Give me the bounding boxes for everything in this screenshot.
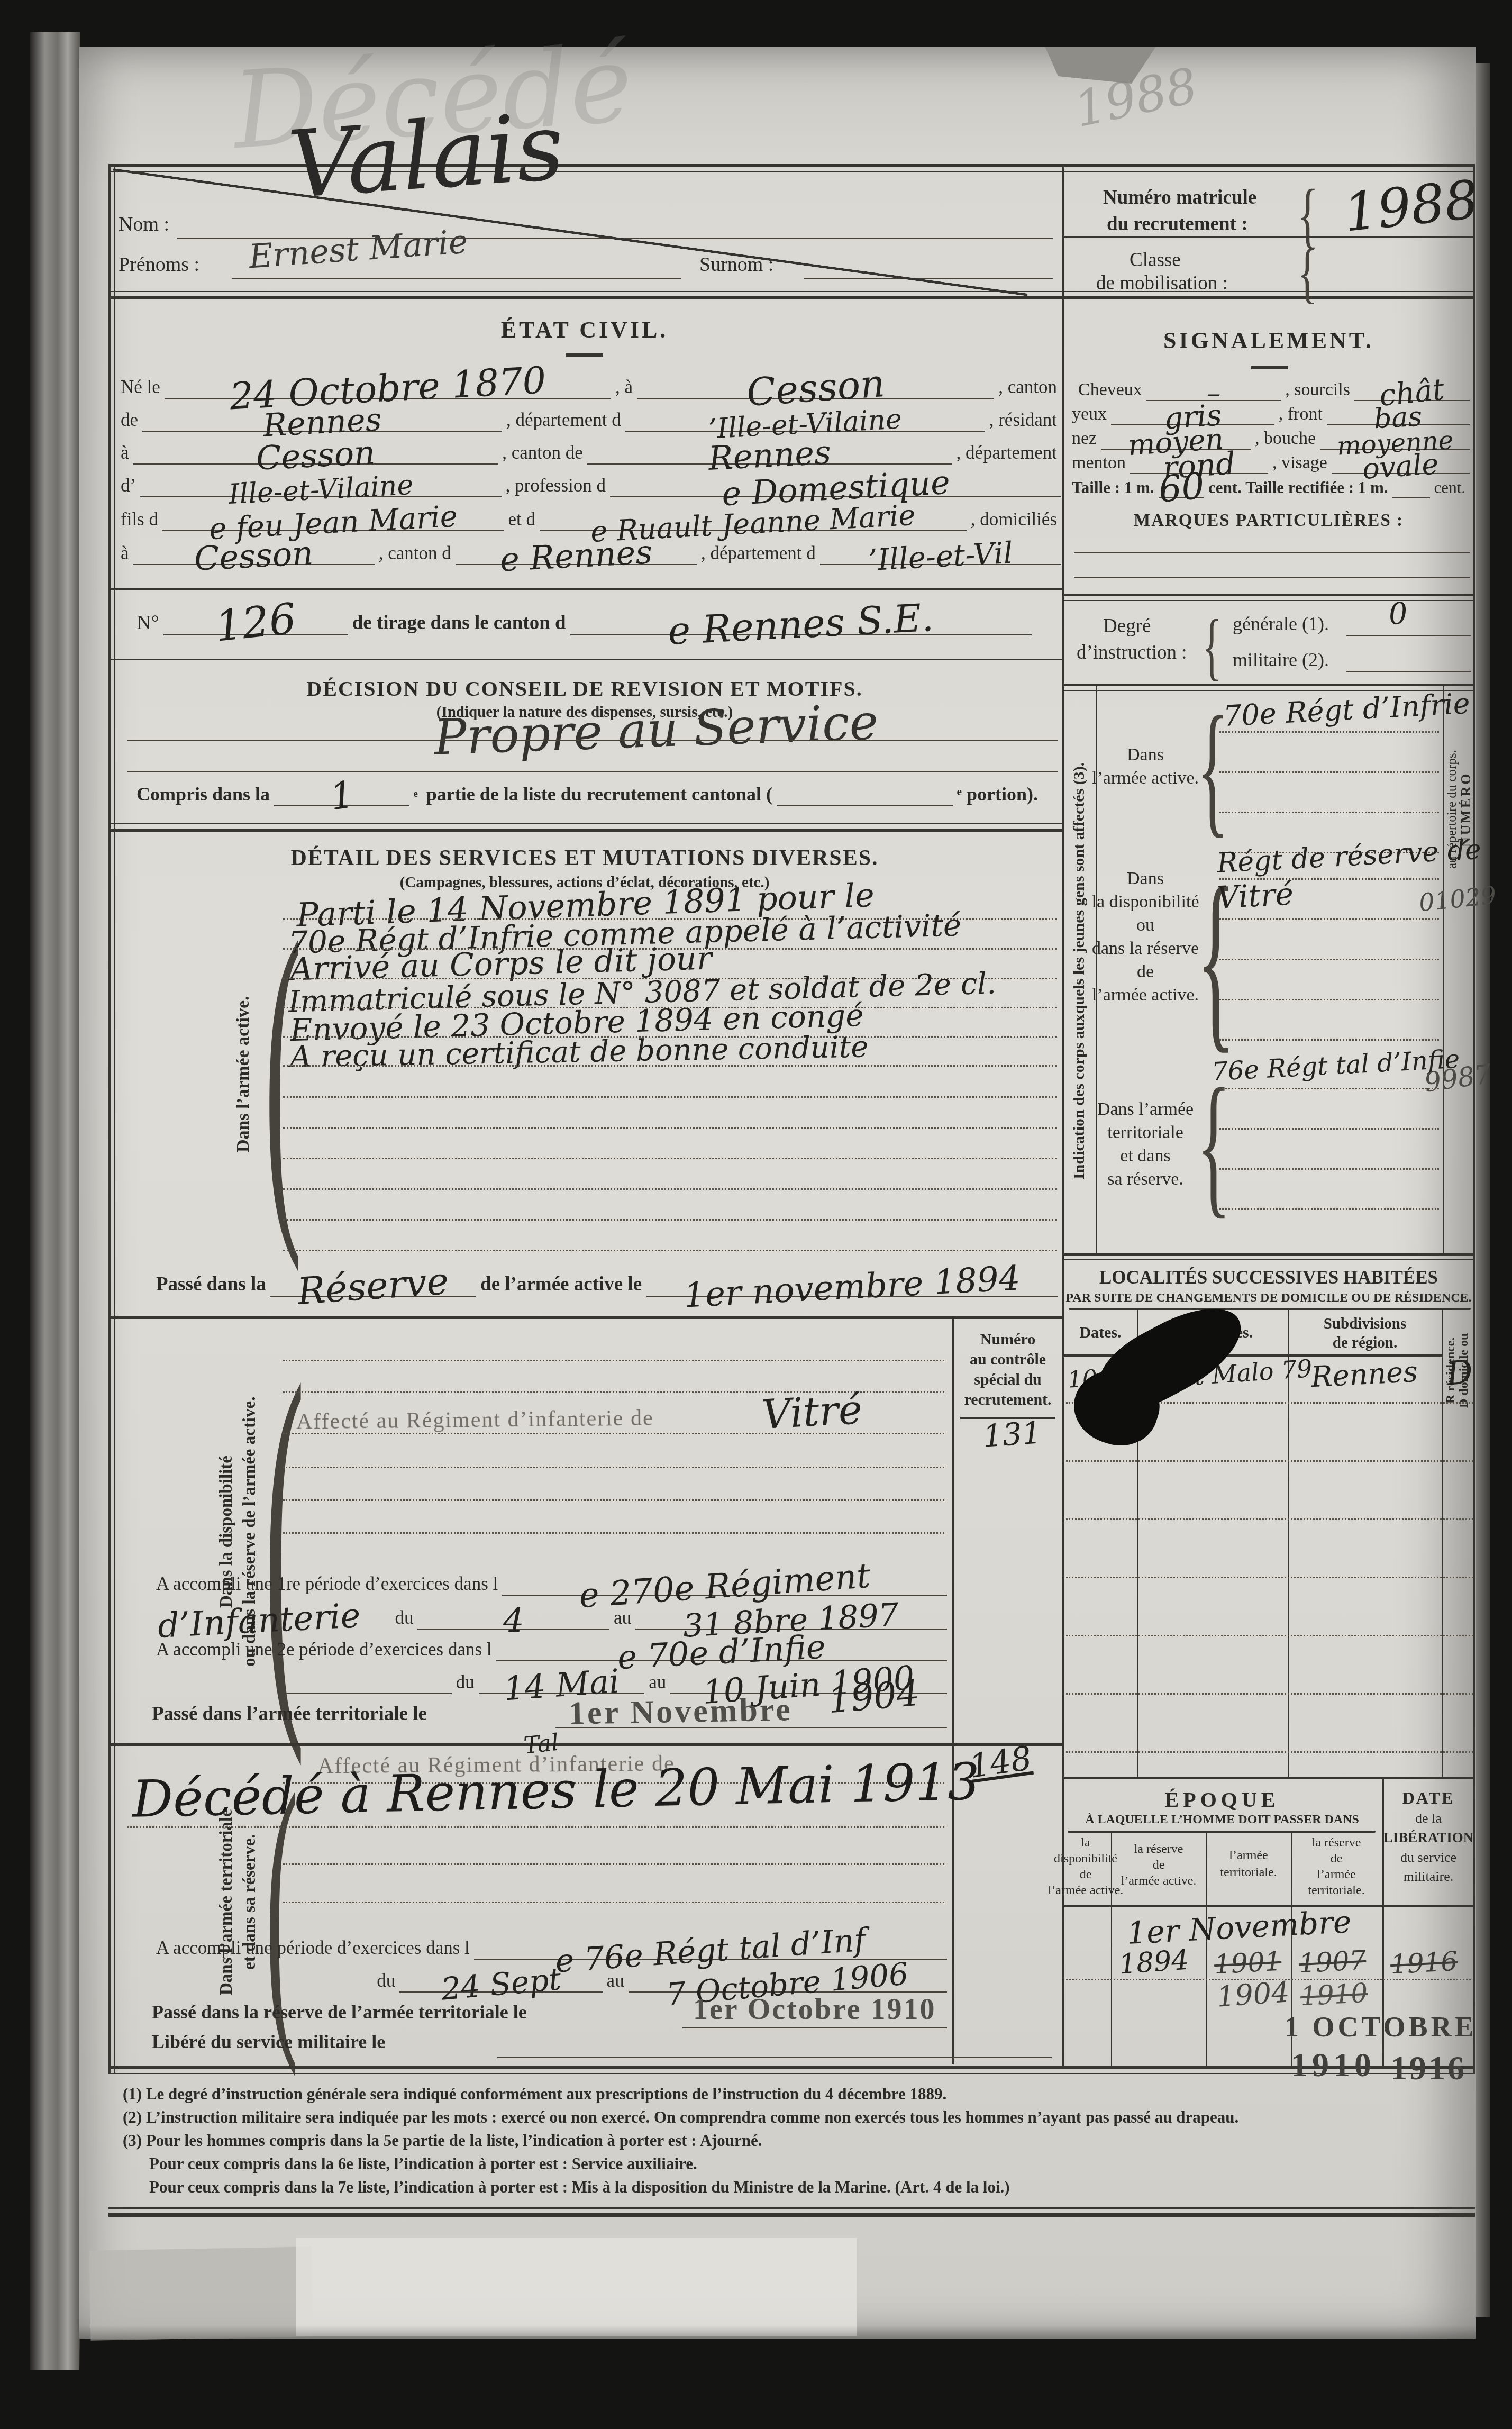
passe-reserve-line: Passé dans la Réserve de l’armée active … bbox=[152, 1262, 1058, 1297]
dispo-empty-4 bbox=[283, 1499, 944, 1501]
binding-edge bbox=[30, 32, 80, 2370]
etat-civil-bottom-rule bbox=[108, 588, 1064, 590]
terr-periode-au-label: au bbox=[603, 1970, 629, 1993]
compris-label-3: ᵉ portion). bbox=[953, 783, 1042, 806]
controle-col-line bbox=[952, 1317, 954, 2064]
tirage-canton: e Rennes S.E. bbox=[570, 610, 1032, 635]
libere-rule bbox=[497, 2056, 1052, 2058]
tirage-line: N° 126 de tirage dans le canton d e Renn… bbox=[132, 601, 1032, 635]
periode1-label: A accompli une 1re période d’exercices d… bbox=[152, 1573, 502, 1596]
passe-reserve-value-1: Réserve bbox=[270, 1272, 476, 1297]
service-empty-3 bbox=[283, 1158, 1057, 1159]
periode1-du-value: 4 bbox=[417, 1608, 609, 1630]
label-profession: , profession d bbox=[502, 475, 611, 497]
label-departement: , département d bbox=[502, 410, 625, 432]
surnom-label: Surnom : bbox=[699, 253, 773, 276]
dispo-stamp-rule bbox=[283, 1433, 944, 1434]
field-birth-canton: Rennes bbox=[142, 411, 502, 432]
corps-terr-rule-4 bbox=[1219, 1208, 1439, 1210]
terr-affecte-sup: Tal bbox=[523, 1734, 559, 1755]
epoque-header-rule bbox=[1064, 1905, 1475, 1907]
periode2-du-value: 14 Mai bbox=[479, 1673, 645, 1695]
periode1-line-2: d’Infanterie du 4 au 31 8bre 1897 bbox=[127, 1596, 947, 1630]
localites-row-subdiv: Rennes bbox=[1310, 1361, 1418, 1388]
corps-dispo-num: 01029 bbox=[1418, 886, 1497, 912]
terr-periode-du-label: du bbox=[372, 1970, 399, 1993]
label-canton: , canton bbox=[994, 377, 1061, 399]
periode1-du-label: du bbox=[390, 1607, 417, 1630]
corps-dispo-label-4: dans la réserve bbox=[1092, 939, 1199, 959]
tirage-bottom-rule bbox=[108, 659, 1064, 660]
header-bottom-heavy bbox=[108, 296, 1475, 299]
footnote-3: (3) Pour les hommes compris dans la 5e p… bbox=[123, 2131, 1467, 2150]
epoque-hw-month: 1er Novembre bbox=[1126, 1911, 1352, 1945]
epoque-1907: 1907 bbox=[1298, 1951, 1367, 1974]
localites-title: LOCALITÉS SUCCESSIVES HABITÉES bbox=[1099, 1267, 1438, 1288]
tirage-number: 126 bbox=[163, 607, 348, 635]
epoque-stamp-octobre: 1 OCTOBRE bbox=[1285, 2010, 1477, 2043]
epoque-c2-0: la réserve bbox=[1134, 1842, 1183, 1857]
field-father-name: e feu Jean Marie bbox=[162, 512, 504, 531]
militaire-label: militaire (2). bbox=[1233, 649, 1329, 671]
service-empty-5 bbox=[283, 1219, 1057, 1221]
label-canton-de: , canton de bbox=[498, 442, 587, 465]
label-departement-d: , département d bbox=[697, 543, 820, 565]
footnote-1: (1) Le degré d’instruction générale sera… bbox=[123, 2085, 1467, 2104]
corps-bottom-thin bbox=[1064, 1259, 1475, 1260]
controle-header-4: recrutement. bbox=[964, 1391, 1051, 1409]
corps-terr-rule-2 bbox=[1219, 1128, 1439, 1130]
corps-dispo-label-2: la disponibilité bbox=[1091, 892, 1199, 912]
terr-periode-line-1: A accompli une période d’exercices dans … bbox=[152, 1927, 947, 1960]
main-bottom-heavy bbox=[108, 2066, 1475, 2069]
field-birth-departement: ’Ille-et-Vilaine bbox=[625, 414, 985, 432]
dispo-affecte-stamp: Affecté au Régiment d’infanterie de bbox=[296, 1405, 654, 1434]
terr-passe-rule bbox=[682, 2026, 947, 2028]
decision-line-2 bbox=[127, 770, 1058, 772]
nom-value: Valais bbox=[286, 112, 566, 201]
epoque-1916-hw: 1916 bbox=[1390, 1952, 1458, 1975]
dispo-empty-3 bbox=[283, 1467, 944, 1468]
localites-empty-2 bbox=[1066, 1518, 1473, 1520]
classe-label-1: Classe bbox=[1130, 249, 1181, 271]
service-empty-1 bbox=[283, 1096, 1057, 1098]
field-residence-commune: Cesson bbox=[133, 443, 498, 465]
frame-left-inner bbox=[114, 164, 115, 2074]
localites-bottom-heavy bbox=[1064, 1777, 1475, 1779]
instruction-label-1: Degré bbox=[1103, 615, 1151, 638]
epoque-c2-2: l’armée active. bbox=[1121, 1874, 1197, 1888]
localites-col-dates: Dates. bbox=[1079, 1324, 1121, 1342]
generale-rule bbox=[1346, 634, 1471, 636]
corps-dispo-label-6: l’armée active. bbox=[1092, 985, 1199, 1005]
epoque-1894: 1894 bbox=[1118, 1950, 1190, 1975]
epoque-title: ÉPOQUE bbox=[1165, 1787, 1280, 1812]
service-empty-4 bbox=[283, 1188, 1057, 1190]
service-empty-6 bbox=[283, 1250, 1057, 1251]
matricule-label-2: du recrutement : bbox=[1107, 213, 1247, 235]
controle-header-1: Numéro bbox=[980, 1331, 1035, 1349]
instruction-bottom-heavy bbox=[1064, 684, 1475, 686]
bottom-shadow bbox=[79, 2325, 1476, 2429]
territoriale-top-heavy bbox=[108, 1743, 1064, 1746]
field-residence-canton: Rennes bbox=[587, 443, 952, 465]
localites-empty-4 bbox=[1066, 1635, 1473, 1636]
ec-line-5: fils d e feu Jean Marie et d e Ruault Je… bbox=[116, 497, 1061, 531]
epoque-c3-1: territoriale. bbox=[1220, 1866, 1277, 1880]
compris-label-1: Compris dans la bbox=[132, 783, 274, 806]
label-et-de: et d bbox=[504, 509, 540, 531]
epoque-c2-1: de bbox=[1153, 1858, 1165, 1872]
ec-line-3: à Cesson , canton de Rennes , départemen… bbox=[116, 432, 1061, 465]
dispo-controle-numero: 131 bbox=[982, 1421, 1042, 1448]
footnote-bottom-thin bbox=[108, 2207, 1475, 2209]
epoque-c4-2: l’armée bbox=[1317, 1868, 1355, 1882]
corps-terr-label-1: Dans l’armée bbox=[1097, 1099, 1194, 1120]
matricule-divider bbox=[1064, 236, 1475, 238]
field-domicile-canton: e Rennes bbox=[456, 544, 697, 566]
compris-bottom-heavy bbox=[108, 829, 1064, 832]
militaire-rule bbox=[1346, 670, 1471, 672]
taille-label-2: cent. Taille rectifiée : 1 m. bbox=[1204, 478, 1392, 498]
terr-periode-du-value: 24 Sept bbox=[399, 1973, 602, 1993]
passe-territoriale-label: Passé dans l’armée territoriale le bbox=[152, 1703, 427, 1725]
taille-rectifiee-blank bbox=[1392, 497, 1430, 498]
label-fils-de: fils d bbox=[116, 509, 162, 531]
passe-territoriale-year: 1904 bbox=[827, 1680, 921, 1715]
periode1-au-value: 31 8bre 1897 bbox=[635, 1609, 947, 1630]
controle-header-2: au contrôle bbox=[970, 1351, 1046, 1369]
services-side-label: Dans l’armée active. bbox=[232, 899, 255, 1249]
marques-line-2 bbox=[1074, 576, 1470, 578]
dispo-empty-5 bbox=[283, 1532, 944, 1534]
libere-label: Libéré du service militaire le bbox=[152, 2031, 385, 2053]
services-title: DÉTAIL DES SERVICES ET MUTATIONS DIVERSE… bbox=[290, 845, 878, 871]
epoque-1904: 1904 bbox=[1216, 1981, 1290, 2008]
matricule-label-1: Numéro matricule bbox=[1103, 186, 1256, 209]
epoque-subtitle: À LAQUELLE L’HOMME DOIT PASSER DANS bbox=[1085, 1813, 1359, 1827]
date-col-2: de la bbox=[1415, 1811, 1442, 1826]
sig-line-taille: Taille : 1 m. 60 cent. Taille rectifiée … bbox=[1068, 468, 1470, 498]
label-a3: à bbox=[116, 543, 133, 565]
nom-label: Nom : bbox=[119, 213, 169, 236]
epoque-stamp-1910: 1910 bbox=[1291, 2045, 1376, 2085]
compris-part-value: 1 bbox=[274, 782, 409, 807]
corps-terr-rule-3 bbox=[1219, 1168, 1439, 1170]
corps-dispo-rule-2 bbox=[1219, 918, 1439, 920]
ec-line-4: d’ Ille-et-Vilaine , profession d e Dome… bbox=[116, 465, 1061, 497]
corps-dispo-label-3: ou bbox=[1136, 915, 1154, 935]
localites-col-subdiv-1: Subdivisions bbox=[1324, 1315, 1406, 1333]
etat-civil-title: ÉTAT CIVIL. bbox=[501, 316, 669, 343]
matricule-value: 1988 bbox=[1342, 179, 1480, 233]
label-domicilies: , domiciliés bbox=[967, 509, 1061, 531]
tape-patch-center bbox=[296, 2238, 857, 2336]
corps-numero-side-2: au répertoire du corps. bbox=[1445, 709, 1459, 910]
prenoms-label: Prénoms : bbox=[119, 253, 199, 276]
terr-deces: Décédé à Rennes le 20 Mai 1913 bbox=[132, 1762, 980, 1818]
epoque-c1-2: de bbox=[1080, 1868, 1092, 1882]
dispo-side-label-1: Dans la disponibilité bbox=[216, 1328, 237, 1735]
footnote-4: Pour ceux compris dans la 6e liste, l’in… bbox=[149, 2154, 1467, 2173]
frame-left bbox=[108, 164, 111, 2074]
epoque-overbrace bbox=[1068, 1831, 1376, 1833]
field-birth-commune: Cesson bbox=[637, 374, 994, 399]
localites-empty-6 bbox=[1066, 1751, 1473, 1753]
taille-value: 60 bbox=[1159, 475, 1205, 498]
epoque-1901: 1901 bbox=[1214, 1952, 1282, 1975]
corps-dispo-rule-4 bbox=[1219, 999, 1439, 1000]
ec-line-6: à Cesson , canton d e Rennes , départeme… bbox=[116, 531, 1061, 565]
epoque-vline-1 bbox=[1111, 1833, 1112, 2066]
passe-territoriale-rule bbox=[555, 1726, 947, 1728]
tirage-label: de tirage dans le canton d bbox=[348, 612, 570, 635]
footnote-5: Pour ceux compris dans la 7e liste, l’in… bbox=[149, 2178, 1467, 2197]
localites-empty-1 bbox=[1066, 1460, 1473, 1462]
instruction-label-2: d’instruction : bbox=[1077, 641, 1187, 664]
compris-sup-e: ᵉ bbox=[409, 787, 422, 806]
instruction-brace: { bbox=[1202, 608, 1222, 684]
signalement-dash bbox=[1251, 366, 1288, 369]
service-line-6: A reçu un certificat de bonne conduite bbox=[290, 1036, 869, 1068]
localites-subtitle: PAR SUITE DE CHANGEMENTS DE DOMICILE OU … bbox=[1065, 1291, 1471, 1305]
compris-label-2: partie de la liste du recrutement canton… bbox=[422, 783, 777, 806]
corps-active-label-1: Dans bbox=[1127, 745, 1164, 765]
label-canton-d: , canton d bbox=[375, 543, 456, 565]
epoque-c4-0: la réserve bbox=[1312, 1836, 1361, 1850]
frame-right bbox=[1473, 164, 1475, 2074]
ec-line-1: Né le 24 Octobre 1870 , à Cesson , canto… bbox=[116, 365, 1061, 399]
signalement-bottom-heavy bbox=[1064, 594, 1475, 596]
date-col-3: LIBÉRATION bbox=[1383, 1830, 1474, 1846]
localites-row-dr: D bbox=[1445, 1360, 1473, 1386]
localites-wavy-rule bbox=[1069, 1308, 1471, 1310]
corps-terr-label-3: et dans bbox=[1120, 1146, 1170, 1166]
epoque-vline-2 bbox=[1206, 1833, 1207, 2066]
dispo-empty-1 bbox=[283, 1360, 944, 1361]
etat-civil-dash bbox=[566, 353, 603, 357]
marques-label: MARQUES PARTICULIÈRES : bbox=[1134, 511, 1404, 531]
field-profession: e Domestique bbox=[610, 476, 1061, 498]
tirage-no-label: N° bbox=[132, 611, 163, 635]
corps-dispo-rule-1 bbox=[1219, 878, 1439, 880]
field-mother-name: e Ruault Jeanne Marie bbox=[540, 513, 967, 532]
epoque-c4-3: territoriale. bbox=[1308, 1884, 1364, 1898]
terr-deces-rule bbox=[127, 1826, 944, 1828]
date-col-5: militaire. bbox=[1404, 1869, 1454, 1885]
corps-numero-side-1: NUMÉRO bbox=[1458, 709, 1474, 910]
periode1-line-1: A accompli une 1re période d’exercices d… bbox=[152, 1562, 947, 1596]
generale-label: générale (1). bbox=[1233, 613, 1329, 635]
field-domicile-departement: ’Ille-et-Vil bbox=[820, 546, 1061, 565]
corps-side-label: Indication des corps auxquels les jeunes… bbox=[1068, 696, 1091, 1246]
corps-dispo-rule-3 bbox=[1219, 959, 1439, 960]
terr-empty-1 bbox=[283, 1863, 944, 1865]
corps-terr-rule-1 bbox=[1219, 1088, 1439, 1089]
column-divider bbox=[1062, 164, 1064, 2069]
localites-empty-3 bbox=[1066, 1577, 1473, 1578]
classe-brace: { bbox=[1297, 239, 1318, 306]
corps-active-rule-1 bbox=[1219, 731, 1439, 733]
terr-empty-2 bbox=[283, 1902, 944, 1903]
label-ne-le: Né le bbox=[116, 377, 165, 399]
corps-dispo-label-5: de bbox=[1137, 962, 1154, 982]
field-domicile-commune: Cesson bbox=[133, 544, 375, 566]
decision-line-1 bbox=[127, 739, 1058, 741]
field-residence-departement: Ille-et-Vilaine bbox=[140, 480, 501, 497]
header-bottom-thin bbox=[108, 291, 1475, 292]
signalement-title: SIGNALEMENT. bbox=[1163, 327, 1374, 354]
main-bottom-thin bbox=[108, 2073, 1475, 2074]
localites-col-subdiv-2: de région. bbox=[1333, 1334, 1397, 1352]
label-departement2: , département bbox=[952, 442, 1061, 465]
footnote-2: (2) L’instruction militaire sera indiqué… bbox=[123, 2108, 1467, 2127]
label-d: d’ bbox=[116, 475, 140, 497]
periode2-du-label: du bbox=[452, 1672, 479, 1694]
generale-value: 0 bbox=[1388, 603, 1408, 626]
service-rule-6 bbox=[283, 1065, 1057, 1067]
terr-periode-line-2: du 24 Sept au 7 Octobre 1906 bbox=[286, 1961, 947, 1993]
corps-bottom-heavy bbox=[1064, 1253, 1475, 1256]
periode2-line-1: A accompli une 2e période d’exercices da… bbox=[152, 1629, 947, 1661]
passe-reserve-label-2: de l’armée active le bbox=[476, 1273, 646, 1297]
passe-reserve-value-2: 1er novembre 1894 bbox=[646, 1275, 1058, 1297]
corps-active-rule-2 bbox=[1219, 771, 1439, 773]
signalement-bottom-thin bbox=[1064, 600, 1475, 601]
corps-dispo-rule-5 bbox=[1219, 1039, 1439, 1041]
periode2-value: e 70e d’Infie bbox=[496, 1640, 947, 1662]
corps-dispo-label-1: Dans bbox=[1127, 869, 1164, 889]
page-edge-right bbox=[1476, 63, 1490, 2317]
label-de: de bbox=[116, 410, 142, 432]
taille-label-1: Taille : 1 m. bbox=[1068, 478, 1159, 498]
dispo-side-label-2: ou dans la réserve de l’armée active. bbox=[239, 1328, 260, 1735]
decision-value: Propre au Service bbox=[433, 704, 879, 756]
terr-periode-value: e 76e Régt tal d’Inf bbox=[474, 1939, 947, 1960]
periode1-au-label: au bbox=[609, 1607, 635, 1630]
periode2-label: A accompli une 2e période d’exercices da… bbox=[152, 1639, 496, 1661]
terr-periode-label: A accompli une période d’exercices dans … bbox=[152, 1937, 474, 1960]
corps-dispo-value-2: Vitré bbox=[1216, 883, 1294, 909]
dispo-affecte-value: Vitré bbox=[761, 1394, 863, 1430]
terr-periode-au-value: 7 Octobre 1906 bbox=[629, 1973, 947, 1993]
epoque-c1-1: disponibilité bbox=[1054, 1852, 1117, 1866]
corps-active-rule-3 bbox=[1219, 812, 1439, 813]
epoque-c4-1: de bbox=[1331, 1852, 1343, 1866]
periode2-blank bbox=[286, 1693, 452, 1694]
localites-empty-5 bbox=[1066, 1693, 1473, 1695]
field-birth-date: 24 Octobre 1870 bbox=[165, 375, 611, 399]
corps-active-label-2: l’armée active. bbox=[1092, 768, 1199, 788]
periode2-au-label: au bbox=[644, 1672, 670, 1694]
footnote-bottom-heavy bbox=[108, 2213, 1475, 2217]
epoque-c3-0: l’armée bbox=[1229, 1849, 1268, 1863]
corps-terr-label-4: sa réserve. bbox=[1107, 1169, 1183, 1189]
label-a: , à bbox=[611, 377, 637, 399]
compris-line: Compris dans la 1 ᵉ partie de la liste d… bbox=[132, 774, 1042, 806]
surnom-underline bbox=[804, 252, 1053, 279]
compris-bottom-thin bbox=[108, 823, 1064, 824]
passe-reserve-label-1: Passé dans la bbox=[152, 1273, 270, 1297]
classe-label-2: de mobilisation : bbox=[1096, 272, 1228, 295]
dispo-top-heavy bbox=[108, 1316, 1064, 1319]
periode1-value-2: d’Infanterie bbox=[127, 1608, 390, 1630]
periode1-value: e 270e Régiment bbox=[502, 1573, 947, 1596]
scanned-register-page: Décédé 1988 Nom : Valais Prénoms : Ernes… bbox=[0, 0, 1512, 2429]
label-a2: à bbox=[116, 442, 133, 465]
ec-line-2: de Rennes , département d ’Ille-et-Vilai… bbox=[116, 399, 1061, 432]
marques-line-1 bbox=[1074, 551, 1470, 553]
service-empty-2 bbox=[283, 1127, 1057, 1129]
taille-label-3: cent. bbox=[1430, 478, 1470, 498]
epoque-c1-0: la bbox=[1081, 1836, 1090, 1850]
date-col-4: du service bbox=[1400, 1850, 1456, 1866]
terr-passe-stamp: 1er Octobre 1910 bbox=[693, 1993, 936, 2026]
compris-portion-blank bbox=[777, 805, 953, 806]
date-col-1: DATE bbox=[1402, 1788, 1455, 1808]
corps-right-vline bbox=[1443, 686, 1444, 1253]
epoque-1910-hw: 1910 bbox=[1300, 1984, 1368, 2007]
controle-header-3: spécial du bbox=[974, 1371, 1042, 1389]
label-residant: , résidant bbox=[985, 410, 1061, 432]
epoque-stamp-1916: 1916 bbox=[1390, 2049, 1467, 2088]
terr-passe-label: Passé dans la réserve de l’armée territo… bbox=[152, 2001, 527, 2023]
corps-terr-label-2: territoriale bbox=[1107, 1123, 1183, 1143]
epoque-c1-3: l’armée active. bbox=[1048, 1884, 1124, 1898]
